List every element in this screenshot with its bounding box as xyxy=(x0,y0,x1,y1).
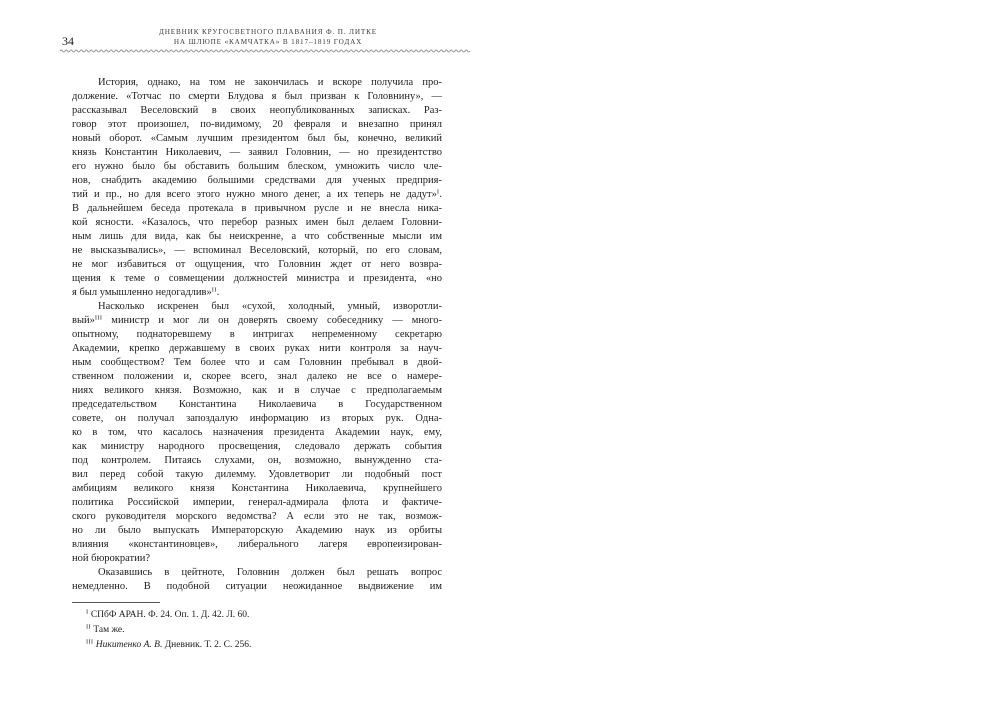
text-line: щения к теме о совмещении должностей мин… xyxy=(72,272,442,286)
page-left: ДНЕВНИК КРУГОСВЕТНОГО ПЛАВАНИЯ Ф. П. ЛИТ… xyxy=(0,0,500,706)
paragraph: Насколько искренен был «сухой, холодный,… xyxy=(72,300,442,566)
text-line: ной бюрократии? xyxy=(72,552,442,566)
text-line: ным лишь для вида, как бы неискренне, а … xyxy=(72,230,442,244)
text-line: опытному, поднаторевшему в интригах непр… xyxy=(72,328,442,342)
footnote: III Никитенко А. В. Дневник. Т. 2. С. 25… xyxy=(72,638,442,653)
footnote-marker: II xyxy=(212,287,217,294)
text-line: должение. «Тотчас по смерти Блудова я бы… xyxy=(72,90,442,104)
text-line: ным сообществом? Тем более что и сам Гол… xyxy=(72,356,442,370)
footnote-marker: I xyxy=(437,189,439,196)
text-line: амбициям великого князя Константина Нико… xyxy=(72,482,442,496)
page-body: История, однако, на том не закончилась и… xyxy=(72,76,442,594)
text-line: ниях великого князя. Возможно, как и в с… xyxy=(72,384,442,398)
footnote-marker: II xyxy=(86,624,91,631)
text-line: не мог избавиться от ощущения, что Голов… xyxy=(72,258,442,272)
text-line: нов, снабдить академию большими средства… xyxy=(72,174,442,188)
text-line: вил перед собой такую дилемму. Удовлетво… xyxy=(72,468,442,482)
text-line: не высказывались», — вспоминал Веселовск… xyxy=(72,244,442,258)
header-rule xyxy=(60,48,474,54)
text-line: его нужно было бы обставить большим блес… xyxy=(72,160,442,174)
text-line: под контролем. Питаясь слухами, он, возм… xyxy=(72,454,442,468)
running-header: ДНЕВНИК КРУГОСВЕТНОГО ПЛАВАНИЯ Ф. П. ЛИТ… xyxy=(62,27,474,47)
footnotes: I СПбФ АРАН. Ф. 24. Оп. 1. Д. 42. Л. 60.… xyxy=(72,602,442,653)
paragraph: История, однако, на том не закончилась и… xyxy=(72,76,442,300)
footnote: II Там же. xyxy=(72,623,442,638)
text-line: История, однако, на том не закончилась и… xyxy=(72,76,442,90)
text-line: князь Константин Николаевич, — заявил Го… xyxy=(72,146,442,160)
text-line: Академии, крепко державшему в своих рука… xyxy=(72,342,442,356)
text-line: председательством Константина Николаевич… xyxy=(72,398,442,412)
text-line: влияния «константиновцев», либерального … xyxy=(72,538,442,552)
book-spread: ДНЕВНИК КРУГОСВЕТНОГО ПЛАВАНИЯ Ф. П. ЛИТ… xyxy=(0,0,1000,706)
running-header-line: НА ШЛЮПЕ «КАМЧАТКА» В 1817–1819 ГОДАХ xyxy=(62,37,474,47)
page-number: 34 xyxy=(62,34,74,49)
footnote: I СПбФ АРАН. Ф. 24. Оп. 1. Д. 42. Л. 60. xyxy=(72,608,442,623)
text-line: кой ясности. «Казалось, что перебор разн… xyxy=(72,216,442,230)
text-line: политика Российской империи, генерал-адм… xyxy=(72,496,442,510)
text-line: Оказавшись в цейтноте, Головнин должен б… xyxy=(72,566,442,580)
wavy-rule-line xyxy=(60,50,470,52)
text-line: тий и пр., но для всего этого нужно мног… xyxy=(72,188,442,202)
text-line: я был умышленно недогадлив»II. xyxy=(72,286,442,300)
running-header-line: ДНЕВНИК КРУГОСВЕТНОГО ПЛАВАНИЯ Ф. П. ЛИТ… xyxy=(62,27,474,37)
footnote-separator xyxy=(72,602,160,603)
text-line: новый оборот. «Самым лучшим президентом … xyxy=(72,132,442,146)
text-line: ственном положении и, скорее всего, знал… xyxy=(72,370,442,384)
text-line: ского руководителя морского ведомства? А… xyxy=(72,510,442,524)
text-line: немедленно. В подобной ситуации неожидан… xyxy=(72,580,442,594)
text-line: вый»III министр и мог ли он доверять сво… xyxy=(72,314,442,328)
footnote-marker: I xyxy=(86,609,88,616)
text-line: говор этот произошел, по-видимому, 20 фе… xyxy=(72,118,442,132)
text-line: В дальнейшем беседа протекала в привычно… xyxy=(72,202,442,216)
text-line: ко в том, что касалось назначения презид… xyxy=(72,426,442,440)
text-line: как министру народного просвещения, след… xyxy=(72,440,442,454)
text-line: но ли было выпускать Императорскую Акаде… xyxy=(72,524,442,538)
text-line: рассказывал Веселовский в своих неопубли… xyxy=(72,104,442,118)
cited-author: Никитенко А. В. xyxy=(96,640,163,650)
text-line: Насколько искренен был «сухой, холодный,… xyxy=(72,300,442,314)
footnote-marker: III xyxy=(86,639,93,646)
text-line: совете, он получал запоздалую информацию… xyxy=(72,412,442,426)
page-right: «БАЛОВЕНЬ СУДЬБЫ». ФЕДОР ЛИТКЕ, ИЛИ МЕЧТ… xyxy=(500,0,1000,706)
paragraph: Оказавшись в цейтноте, Головнин должен б… xyxy=(72,566,442,594)
footnote-marker: III xyxy=(95,315,102,322)
